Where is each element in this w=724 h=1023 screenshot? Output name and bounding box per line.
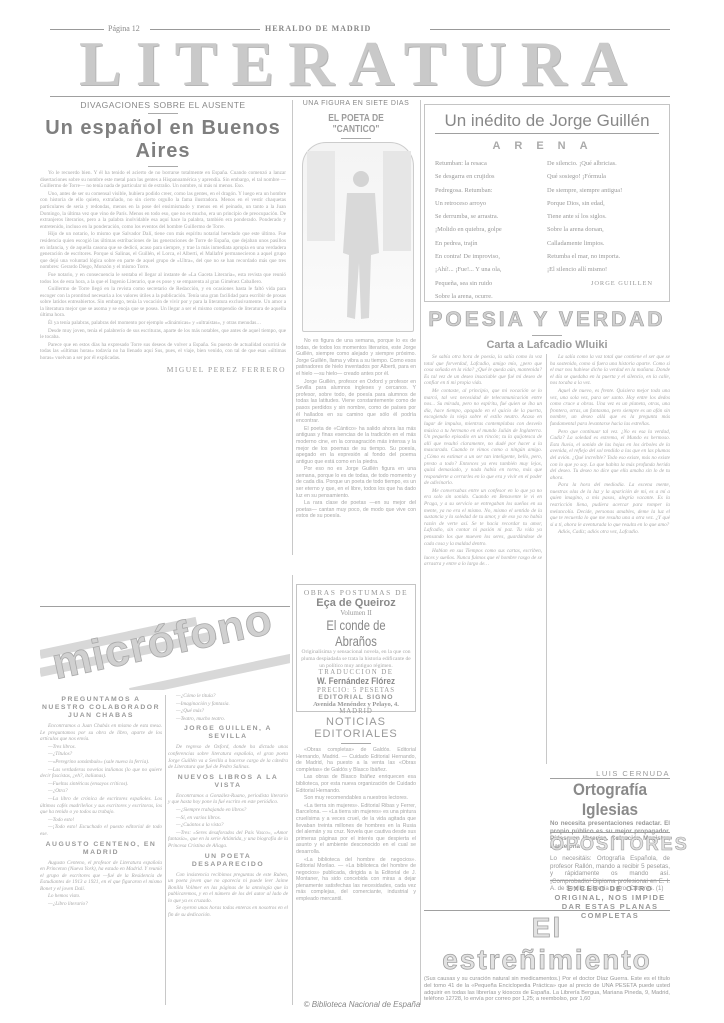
paragraph: —¿Títulos? [40,751,162,758]
man-standing-figure-icon [303,143,415,333]
poem-line: Tiene ante sí los siglos. [547,213,659,226]
noticias-editoriales: NOTICIAS EDITORIALES «Obras completas» d… [296,716,416,904]
paragraph: Me contaste, al principio, que mi vocaci… [424,388,542,487]
subheading: PREGUNTAMOS A NUESTRO COLABORADOR JUAN C… [40,696,162,720]
paragraph: Desde muy joven, tenía el palabrerío de … [40,328,286,341]
paragraph: —¡Todo esto! Escuchado el puesto editori… [40,824,162,837]
article-espanol: DIVAGACIONES SOBRE EL AUSENTE Un español… [40,100,286,374]
paragraph: Se oyeron unas horas todas enteras en no… [168,905,288,918]
paragraph: Hablan en sus Tiempos como sus cartas, e… [424,548,542,568]
ornament-rule [148,113,178,114]
paragraph: —Tres libros. [40,744,162,751]
paragraph: Hijo de un notario, lo mismo que Salvado… [40,231,286,271]
poem-line: Porque Dios, sin edad, [547,200,659,213]
paragraph: Pero que continuar tal vez. ¿No es esa l… [550,429,670,482]
paragraph: —La libro de crónica de escritores españ… [40,796,162,816]
paragraph: Se sabía otra hora de poesía, la salía c… [424,354,542,387]
paragraph: Encontramos a Juan Chabás en mismo de es… [40,723,162,743]
ornament-rule [341,743,371,744]
paragraph: —¿Cuántos a la vista? [168,822,288,829]
ornament-rule [532,335,562,336]
poem-line: ¡Ahí!... ¡Fue!... Y una ola, [435,266,547,279]
subheading: NUEVOS LIBROS A LA VISTA [168,774,288,790]
column-rule [292,100,293,555]
section-heading: NOTICIAS EDITORIALES [296,716,416,740]
paragraph: No es figura de una semana, porque lo es… [296,338,416,378]
poem-line: Sobre la arena, ocurre. [435,293,547,306]
ad-title: El estreñimiento [424,912,670,976]
poem-line: Qué sosiego! ¡Fórmula [547,173,659,186]
poem-box-title: Un inédito de Jorge Guillén [435,111,659,131]
microfono-banner: micrófono [40,610,290,690]
article-body: Yo le recuerdo bien. Y él ha tenido el a… [40,170,286,362]
carta-signature: LUIS CERNUDA [550,769,670,778]
section-rule [550,880,670,881]
ad-title: Ortografía Iglesias [556,780,664,820]
column-body: Encontramos a Juan Chabás en mismo de es… [40,723,162,838]
paragraph: Para la hora del mediodía. La escena men… [550,482,670,528]
poem-line: Un retroceso arroyo [435,200,547,213]
poem-line: Sobre la arena dorsan, [547,226,659,239]
paragraph: Encontramos a González-Ruano, periodista… [168,793,288,806]
poem-line: En pedrea, trajín [435,240,547,253]
paragraph: —Todo esto! [40,817,162,824]
paragraph: —Sí, en varios libros. [168,815,288,822]
poem-line: Pequeña, sea sin ruido [435,280,547,293]
paragraph: «Obras completas» de Galdós. Editorial H… [296,747,416,773]
poem-line: ¡Molido en quiebra, golpe [435,226,547,239]
poem-line: Se desgarra en crujidos [435,173,547,186]
paragraph: Parece que en estos días ha expresado To… [40,342,286,362]
paragraph: —¿Otra? [40,788,162,795]
column-body: Con insistencia recibimos preguntas de e… [168,872,288,919]
poem-title: ARENA [435,140,659,152]
paragraph: —Tres: «Seres desaforados del País Vasco… [168,830,288,850]
column-rule [292,575,293,1005]
section-rule [424,910,670,911]
article-cantico: UNA FIGURA EN SIETE DIAS EL POETA DE "CA… [296,100,416,142]
poem-stanza-left: Retumban: la resaca Se desgarra en cruji… [435,160,547,306]
column-rule [420,100,421,1005]
banner-title: micrófono [48,610,278,690]
paragraph: —Las verdaderas novelas italianas (lo qu… [40,767,162,780]
poem-line: De silencio. ¡Qué albricias. [547,160,659,173]
portrait-photo [302,142,414,332]
poem-box: Un inédito de Jorge Guillén ARENA Retumb… [424,104,670,302]
title-underline [435,133,659,134]
paragraph: La rara clase de poetas —en su mejor del… [296,500,416,520]
paragraph: Son muy recomendables a nuestros lectore… [296,795,416,802]
noticias-body: «Obras completas» de Galdós. Editorial H… [296,747,416,903]
ornament-rule [341,138,371,139]
paragraph: —¿Cómo le titula? [168,693,288,700]
column-rule [546,354,547,764]
carta-body-right: La salía como la voz total que contiene … [550,354,670,762]
paragraph: —¿Libro literario? [40,901,162,908]
paragraph: Lo hemos visto. [40,893,162,900]
ad-line: OBRAS POSTUMAS DE [300,588,412,597]
poem-body: Retumban: la resaca Se desgarra en cruji… [435,160,659,306]
section-rule [40,606,290,607]
microfono-right-column: —¿Cómo le titula? —Imaginación y fantasí… [168,693,288,920]
paragraph: Aquel de nuevo, es frente. Quisiera mejo… [550,388,670,428]
article-kicker: DIVAGACIONES SOBRE EL AUSENTE [40,100,286,110]
ad-translator: W. Fernández Flórez [308,676,403,687]
subheading: JORGE GUILLEN, A SEVILLA [168,725,288,741]
paragraph: Él ya tenía palabras, palabras del momen… [40,320,286,327]
poem-signature: JORGE GUILLEN [547,280,659,293]
ad-volume: Volumen II [300,609,412,617]
paragraph: «La tierra sin mujeres». Editorial Ribas… [296,803,416,856]
article-body: No es figura de una semana, porque lo es… [296,338,416,521]
ad-description: Originalísima y sensacional novela, en l… [300,649,412,669]
ad-author: Eça de Queiroz [300,597,412,609]
paragraph: Yo le recuerdo bien. Y él ha tenido el a… [40,170,286,190]
paragraph: Me conversabas entre un confesor en lo q… [424,488,542,547]
section-heading: POESIA Y VERDAD [424,308,670,332]
paragraph: Fue notario, y en consecuencia le sentab… [40,272,286,285]
paragraph: La salía como la voz total que contiene … [550,354,670,387]
column-body: Encontramos a González-Ruano, periodista… [168,793,288,850]
paragraph: El poeta de «Cántico» ha salido ahora la… [296,426,416,466]
paragraph: Las obras de Blasco Ibáñez enriquecen es… [296,774,416,794]
paragraph: Guillermo de Torre llegó en la revista c… [40,286,286,319]
ad-address: Avenida Menéndez y Pelayo, 4. [300,701,412,708]
poem-line: Retumba el mar, no importa. [547,253,659,266]
article-kicker: UNA FIGURA EN SIETE DIAS [296,100,416,107]
paragraph: Adiós, Cadiz; adiós otra vez, Lafcadio. [550,529,670,536]
paragraph: —«Peregrino sonámbulo» (sale nueva la fe… [40,759,162,766]
paragraph: —¿Qué más? [168,708,288,715]
subheading: UN POETA DESAPARECIDO [168,853,288,869]
poesia-y-verdad: POESIA Y VERDAD Carta a Lafcadio Wluiki [424,308,670,351]
paragraph: Con insistencia recibimos preguntas de e… [168,872,288,905]
poem-line: De siempre, siempre antigua! [547,187,659,200]
carta-body-left: Se sabía otra hora de poesía, la salía c… [424,354,542,924]
section-masthead: LITERATURA [50,34,670,94]
poem-line: En contra! De improviso, [435,253,547,266]
section-rule [550,832,670,833]
article-headline: EL POETA DE "CANTICO" [305,113,407,135]
poem-line: Calladamente limpios. [547,240,659,253]
paragraph: Jorge Guillén, profesor en Oxford y prof… [296,379,416,425]
ad-city: MADRID [300,708,412,715]
paragraph: «La biblioteca del hombre de negocios». … [296,857,416,903]
poem-line: Se derrumba, se arrastra. [435,213,547,226]
paragraph: Por eso no es Jorge Guillén figura en un… [296,466,416,499]
ad-price: PRECIO: 5 PESETAS [300,687,412,694]
article-signature: MIGUEL PEREZ FERRERO [40,365,286,374]
paragraph: —Imaginación y fantasía. [168,701,288,708]
paragraph: —¿Siempre trabajando en libros? [168,807,288,814]
ad-book-title: El conde de Abraños [311,617,401,649]
paragraph: —Fueltas sintéticas (ensayos críticos). [40,781,162,788]
column-body: De regreso de Oxford, donde ha dictado u… [168,744,288,770]
poem-stanza-right: De silencio. ¡Qué albricias. Qué sosiego… [547,160,659,306]
newspaper-page: Página 12 HERALDO DE MADRID LITERATURA D… [0,0,724,1023]
poem-line: ¡El silencio allí mismo! [547,266,659,279]
paragraph: —Teatro, mucho teatro. [168,716,288,723]
estrenimiento-ad: El estreñimiento (Sus causas y su curaci… [424,912,670,1003]
paragraph: Uno, antes de ser su comensal visible, h… [40,191,286,231]
article-headline: Carta a Lafcadio Wluiki [424,339,670,351]
masthead-rule [50,96,670,97]
poem-line: Pedregosa. Retumban: [435,187,547,200]
copyright-footer: © Biblioteca Nacional de España [0,1000,724,1009]
microfono-left-column: PREGUNTAMOS A NUESTRO COLABORADOR JUAN C… [40,693,162,909]
column-body: —¿Cómo le titula? —Imaginación y fantasí… [168,693,288,722]
ad-publisher: EDITORIAL SIGNO [300,694,412,701]
subheading: AUGUSTO CENTENO, EN MADRID [40,841,162,857]
ad-translation-label: TRADUCCION DE [300,669,412,676]
ad-title: OPOSITORES [550,834,670,855]
column-body: Augusto Centeno, el profesor de Literatu… [40,860,162,908]
paragraph: Augusto Centeno, el profesor de Literatu… [40,860,162,893]
column-rule [165,695,166,1005]
ornament-rule [148,166,178,167]
book-advertisement: OBRAS POSTUMAS DE Eça de Queiroz Volumen… [296,584,416,712]
article-headline: Un español en Buenos Aires [40,117,286,163]
poem-line: Retumban: la resaca [435,160,547,173]
section-rule [550,778,670,779]
paragraph: De regreso de Oxford, donde ha dictado u… [168,744,288,770]
